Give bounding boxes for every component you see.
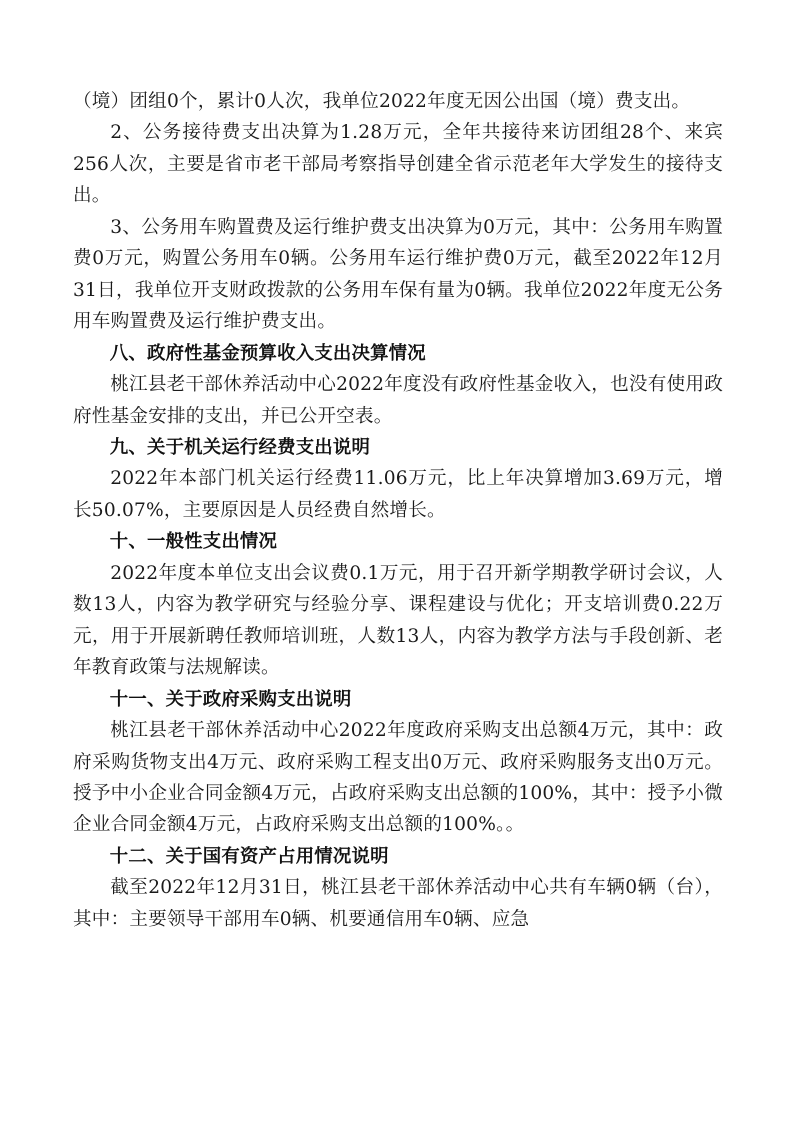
paragraph-procurement: 桃江县老干部休养活动中心2022年度政府采购支出总额4万元，其中：政府采购货物支… — [73, 715, 723, 841]
document-page: （境）团组0个，累计0人次，我单位2022年度无因公出国（境）费支出。 2、公务… — [73, 86, 723, 935]
section-heading-state-assets: 十二、关于国有资产占用情况说明 — [73, 841, 723, 872]
paragraph-reception-expenses: 2、公务接待费支出决算为1.28万元，全年共接待来访团组28个、来宾256人次，… — [73, 117, 723, 211]
section-heading-procurement: 十一、关于政府采购支出说明 — [73, 684, 723, 715]
paragraph-general-expenditure: 2022年度本单位支出会议费0.1万元，用于召开新学期教学研讨会议，人数13人，… — [73, 558, 723, 684]
paragraph-operating-expenses: 2022年本部门机关运行经费11.06万元，比上年决算增加3.69万元，增长50… — [73, 463, 723, 526]
section-heading-general-expenditure: 十、一般性支出情况 — [73, 526, 723, 557]
paragraph-state-assets: 截至2022年12月31日，桃江县老干部休养活动中心共有车辆0辆（台），其中：主… — [73, 872, 723, 935]
section-heading-government-fund: 八、政府性基金预算收入支出决算情况 — [73, 338, 723, 369]
section-heading-operating-expenses: 九、关于机关运行经费支出说明 — [73, 432, 723, 463]
paragraph-outbound-travel-continued: （境）团组0个，累计0人次，我单位2022年度无因公出国（境）费支出。 — [73, 86, 723, 117]
paragraph-government-fund: 桃江县老干部休养活动中心2022年度没有政府性基金收入，也没有使用政府性基金安排… — [73, 369, 723, 432]
paragraph-vehicle-expenses: 3、公务用车购置费及运行维护费支出决算为0万元，其中：公务用车购置费0万元，购置… — [73, 212, 723, 338]
